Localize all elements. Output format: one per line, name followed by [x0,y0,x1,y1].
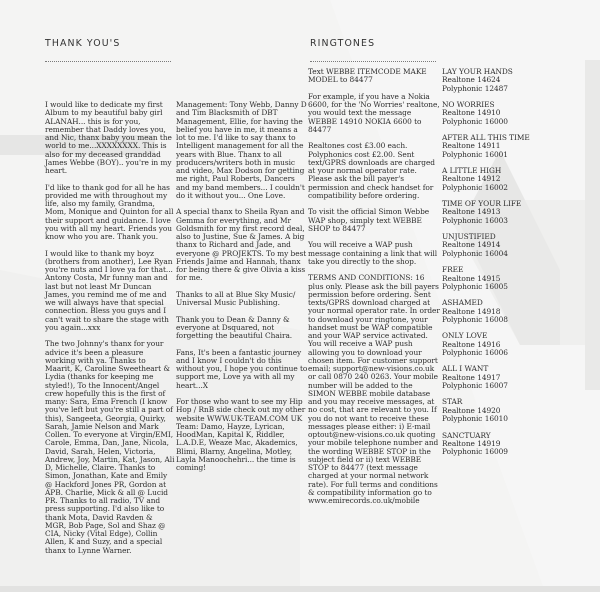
ringtone-item: TIME OF YOUR LIFERealtone 14913Polyphoni… [442,200,562,225]
paragraph: Text WEBBE ITEMCODE MAKE MODEL to 84477 [308,68,442,85]
ringtones-divider [310,61,436,62]
polyphonic-number: 12487 [485,84,508,93]
polyphonic-code: Polyphonic 16004 [442,250,562,258]
thank-yous-divider [45,61,171,62]
terms-and-conditions: TERMS AND CONDITIONS: 16 plus only. Plea… [308,274,442,505]
paragraph: I would like to dedicate my first Album … [45,101,175,175]
ringtone-item: SANCTUARYRealtone 14919Polyphonic 16009 [442,432,562,457]
polyphonic-code: Polyphonic 16000 [442,118,562,126]
polyphonic-code: Polyphonic 16009 [442,448,562,456]
paragraph: For those who want to see my Hip Hop / R… [176,398,308,472]
ringtones-heading: RINGTONES [310,38,375,49]
polyphonic-number: 16006 [485,348,508,357]
polyphonic-label: Polyphonic [442,381,482,390]
polyphonic-code: Polyphonic 16006 [442,349,562,357]
ringtone-item: ONLY LOVERealtone 14916Polyphonic 16006 [442,332,562,357]
paragraph: Fans, It's been a fantastic journey and … [176,349,308,390]
ringtone-item: NO WORRIESRealtone 14910Polyphonic 16000 [442,101,562,126]
polyphonic-label: Polyphonic [442,447,482,456]
polyphonic-label: Polyphonic [442,117,482,126]
paragraph: Management: Tony Webb, Danny D and Tim B… [176,101,308,200]
thank-yous-heading: THANK YOU'S [45,38,120,49]
polyphonic-label: Polyphonic [442,216,482,225]
polyphonic-number: 16000 [485,117,508,126]
polyphonic-code: Polyphonic 16005 [442,283,562,291]
polyphonic-number: 16009 [485,447,508,456]
ringtone-item: A LITTLE HIGHRealtone 14912Polyphonic 16… [442,167,562,192]
polyphonic-number: 16007 [485,381,508,390]
thank-yous-column-1: I would like to dedicate my first Album … [45,101,175,555]
polyphonic-number: 16003 [485,216,508,225]
polyphonic-number: 16008 [485,315,508,324]
ringtone-item: UNJUSTIFIEDRealtone 14914Polyphonic 1600… [442,233,562,258]
paragraph: Thanks to all at Blue Sky Music/ Univers… [176,291,308,308]
polyphonic-number: 16004 [485,249,508,258]
paragraph: For example, if you have a Nokia 6600, f… [308,93,442,134]
polyphonic-label: Polyphonic [442,150,482,159]
paragraph: Realtones cost £3.00 each. Polyphonics c… [308,142,442,200]
paragraph: You will receive a WAP push message cont… [308,241,442,266]
ringtones-instructions: Text WEBBE ITEMCODE MAKE MODEL to 84477 … [308,68,442,505]
ringtone-codes-list: LAY YOUR HANDSRealtone 14624Polyphonic 1… [442,68,562,465]
polyphonic-number: 16001 [485,150,508,159]
ringtone-item: FREERealtone 14915Polyphonic 16005 [442,266,562,291]
polyphonic-label: Polyphonic [442,249,482,258]
polyphonic-number: 16002 [485,183,508,192]
paragraph: A special thanx to Sheila Ryan and Gemma… [176,208,308,282]
thank-yous-column-2: Management: Tony Webb, Danny D and Tim B… [176,101,308,472]
polyphonic-label: Polyphonic [442,282,482,291]
polyphonic-code: Polyphonic 16008 [442,316,562,324]
polyphonic-code: Polyphonic 16007 [442,382,562,390]
paragraph: The two Johnny's thanx for your advice i… [45,340,175,555]
ringtone-item: ALL I WANTRealtone 14917Polyphonic 16007 [442,365,562,390]
polyphonic-label: Polyphonic [442,84,482,93]
paragraph: Thank you to Dean & Danny & everyone at … [176,316,308,341]
paragraph: I'd like to thank god for all he has pro… [45,184,175,242]
polyphonic-code: Polyphonic 16010 [442,415,562,423]
polyphonic-label: Polyphonic [442,315,482,324]
ringtone-item: ASHAMEDRealtone 14918Polyphonic 16008 [442,299,562,324]
ringtone-item: STARRealtone 14920Polyphonic 16010 [442,398,562,423]
polyphonic-code: Polyphonic 12487 [442,85,562,93]
paragraph: I would like to thank my boyz (brothers … [45,250,175,333]
polyphonic-label: Polyphonic [442,414,482,423]
paragraph: To visit the official Simon Webbe WAP sh… [308,208,442,233]
polyphonic-code: Polyphonic 16001 [442,151,562,159]
polyphonic-code: Polyphonic 16003 [442,217,562,225]
polyphonic-number: 16010 [485,414,508,423]
polyphonic-code: Polyphonic 16002 [442,184,562,192]
polyphonic-number: 16005 [485,282,508,291]
ringtone-item: AFTER ALL THIS TIMERealtone 14911Polypho… [442,134,562,159]
polyphonic-label: Polyphonic [442,183,482,192]
ringtone-item: LAY YOUR HANDSRealtone 14624Polyphonic 1… [442,68,562,93]
polyphonic-label: Polyphonic [442,348,482,357]
